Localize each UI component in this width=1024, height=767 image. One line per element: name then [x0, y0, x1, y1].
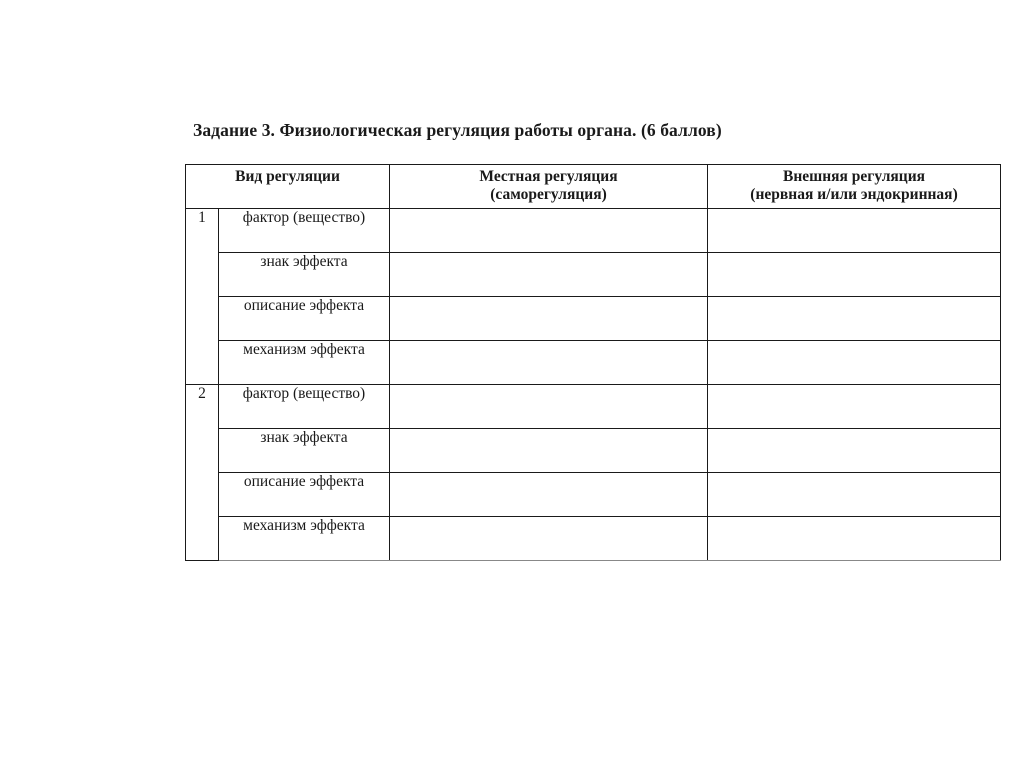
local-cell[interactable]	[390, 385, 708, 429]
external-cell[interactable]	[708, 429, 1001, 473]
header-regulation-type: Вид регуляции	[186, 165, 390, 209]
local-cell[interactable]	[390, 429, 708, 473]
table-row: описание эффекта	[186, 297, 1001, 341]
row-label: механизм эффекта	[219, 517, 390, 561]
header-line: Вид регуляции	[186, 168, 389, 186]
task-title: Задание 3. Физиологическая регуляция раб…	[193, 120, 722, 141]
table-row: механизм эффекта	[186, 341, 1001, 385]
table-row: механизм эффекта	[186, 517, 1001, 561]
group-number: 2	[186, 385, 219, 561]
external-cell[interactable]	[708, 253, 1001, 297]
row-label: механизм эффекта	[219, 341, 390, 385]
header-subline: (саморегуляция)	[390, 186, 707, 204]
table-row: знак эффекта	[186, 429, 1001, 473]
row-label: описание эффекта	[219, 473, 390, 517]
external-cell[interactable]	[708, 385, 1001, 429]
local-cell[interactable]	[390, 253, 708, 297]
external-cell[interactable]	[708, 473, 1001, 517]
external-cell[interactable]	[708, 517, 1001, 561]
local-cell[interactable]	[390, 517, 708, 561]
table-row: 1 фактор (вещество)	[186, 209, 1001, 253]
row-label: описание эффекта	[219, 297, 390, 341]
table-header-row: Вид регуляции Местная регуляция (саморег…	[186, 165, 1001, 209]
header-subline: (нервная и/или эндокринная)	[708, 186, 1000, 204]
regulation-table: Вид регуляции Местная регуляция (саморег…	[185, 164, 1001, 561]
group-number: 1	[186, 209, 219, 385]
table-row: описание эффекта	[186, 473, 1001, 517]
header-line: Местная регуляция	[390, 168, 707, 186]
table-row: 2 фактор (вещество)	[186, 385, 1001, 429]
header-external-regulation: Внешняя регуляция (нервная и/или эндокри…	[708, 165, 1001, 209]
local-cell[interactable]	[390, 297, 708, 341]
local-cell[interactable]	[390, 209, 708, 253]
external-cell[interactable]	[708, 341, 1001, 385]
row-label: фактор (вещество)	[219, 385, 390, 429]
header-local-regulation: Местная регуляция (саморегуляция)	[390, 165, 708, 209]
local-cell[interactable]	[390, 341, 708, 385]
row-label: знак эффекта	[219, 253, 390, 297]
table-row: знак эффекта	[186, 253, 1001, 297]
external-cell[interactable]	[708, 209, 1001, 253]
local-cell[interactable]	[390, 473, 708, 517]
header-line: Внешняя регуляция	[708, 168, 1000, 186]
row-label: знак эффекта	[219, 429, 390, 473]
external-cell[interactable]	[708, 297, 1001, 341]
row-label: фактор (вещество)	[219, 209, 390, 253]
